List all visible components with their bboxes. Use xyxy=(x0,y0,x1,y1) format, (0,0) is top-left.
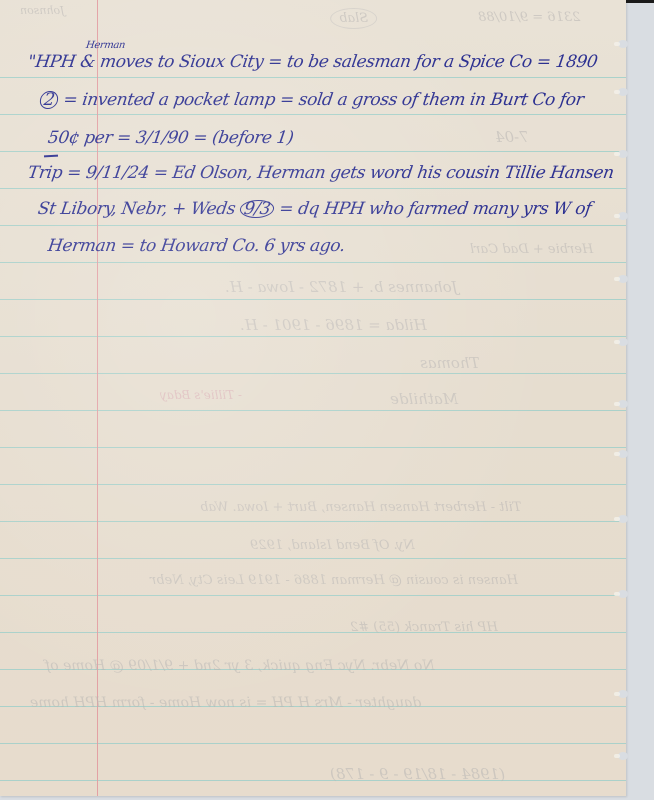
show-through-text: Tilt - Herbert Hansen Hansen, Burt + Iow… xyxy=(200,500,521,515)
ruled-line xyxy=(0,521,626,522)
ruled-line xyxy=(0,262,626,263)
ruled-line xyxy=(0,743,626,744)
circled-date: 9/3 xyxy=(239,200,276,218)
punch-hole xyxy=(618,88,628,96)
ruled-line xyxy=(0,632,626,633)
notebook-page: Johnson Slab 2316 = 9/10/88 7-04 Herbie … xyxy=(0,0,626,796)
ruled-line xyxy=(0,225,626,226)
note-line-2: 2 = invented a pocket lamp = sold a gros… xyxy=(39,90,585,110)
scan-edge xyxy=(626,0,654,3)
punch-hole xyxy=(618,338,628,346)
ruled-line xyxy=(0,77,626,78)
ruled-line xyxy=(0,410,626,411)
circled-number: 2 xyxy=(39,91,60,109)
show-through-text: Mathilde xyxy=(390,390,458,408)
show-through-text: daughter - Mrs H PH = is now Home - form… xyxy=(30,695,421,711)
show-through-text: Johannes b. + 1872 - Iowa - H. xyxy=(225,278,458,296)
note-line-6: Herman = to Howard Co. 6 yrs ago. xyxy=(47,236,347,256)
punch-hole xyxy=(618,450,628,458)
ruled-line xyxy=(0,336,626,337)
punch-hole xyxy=(618,590,628,598)
punch-hole xyxy=(618,690,628,698)
punch-hole xyxy=(618,150,628,158)
margin-line xyxy=(97,0,98,796)
show-through-text: Slab xyxy=(330,8,377,29)
punch-hole xyxy=(618,752,628,760)
show-through-text: Johnson xyxy=(20,4,65,17)
punch-hole xyxy=(618,400,628,408)
ruled-line xyxy=(0,299,626,300)
show-through-text: Hansen is cousin @ Herman 1886 - 1919 Le… xyxy=(150,573,518,588)
show-through-text: HP his Tranck (55) #2 xyxy=(350,620,498,635)
note-line-4: Trip = 9/11/24 = Ed Olson, Herman gets w… xyxy=(27,163,615,183)
punch-hole xyxy=(618,212,628,220)
show-through-text: Ny. Of Bend Island, 1929 xyxy=(250,538,415,553)
note-text: St Libory, Nebr, + Weds xyxy=(37,199,237,219)
ruled-line xyxy=(0,595,626,596)
show-through-text: (1984 - 18/19 - 9 - 178) xyxy=(330,765,505,783)
punch-hole xyxy=(618,275,628,283)
show-through-text: 2316 = 9/10/88 xyxy=(478,10,580,25)
ruled-line xyxy=(0,114,626,115)
punch-hole xyxy=(618,515,628,523)
show-through-text: Herbie + Dad Carl xyxy=(470,242,593,257)
ruled-line xyxy=(0,447,626,448)
show-through-text: 7-04 xyxy=(495,128,529,146)
ruled-line xyxy=(0,373,626,374)
note-line-5: St Libory, Nebr, + Weds 9/3 = dq HPH who… xyxy=(37,199,593,219)
ruled-line xyxy=(0,188,626,189)
show-through-text: Thomas xyxy=(420,354,480,372)
note-line-3: 50¢ per = 3/1/90 = (before 1) xyxy=(47,128,295,148)
show-through-text: No Nebr. Nyc Eng quick, 3 yr 2nd + 9/1/0… xyxy=(45,658,435,674)
ruled-line xyxy=(0,484,626,485)
superscript-annotation: Herman xyxy=(85,40,125,51)
show-through-text: Hilda = 1896 - 1901 - H. xyxy=(240,316,427,334)
ruled-line xyxy=(0,558,626,559)
ruled-line xyxy=(0,780,626,781)
note-prefix: "HPH xyxy=(27,52,77,72)
note-text: = dq HPH who farmed many yrs W of xyxy=(278,199,593,219)
note-text: = invented a pocket lamp = sold a gross … xyxy=(62,90,585,110)
punch-hole xyxy=(618,40,628,48)
ruled-line xyxy=(0,151,626,152)
note-line-1: "HPH & moves to Sioux City = to be sales… xyxy=(27,52,599,72)
underline-mark xyxy=(44,155,58,158)
note-text: & moves to Sioux City = to be salesman f… xyxy=(79,52,599,72)
show-through-text: - Tillie's Bday xyxy=(160,388,242,402)
